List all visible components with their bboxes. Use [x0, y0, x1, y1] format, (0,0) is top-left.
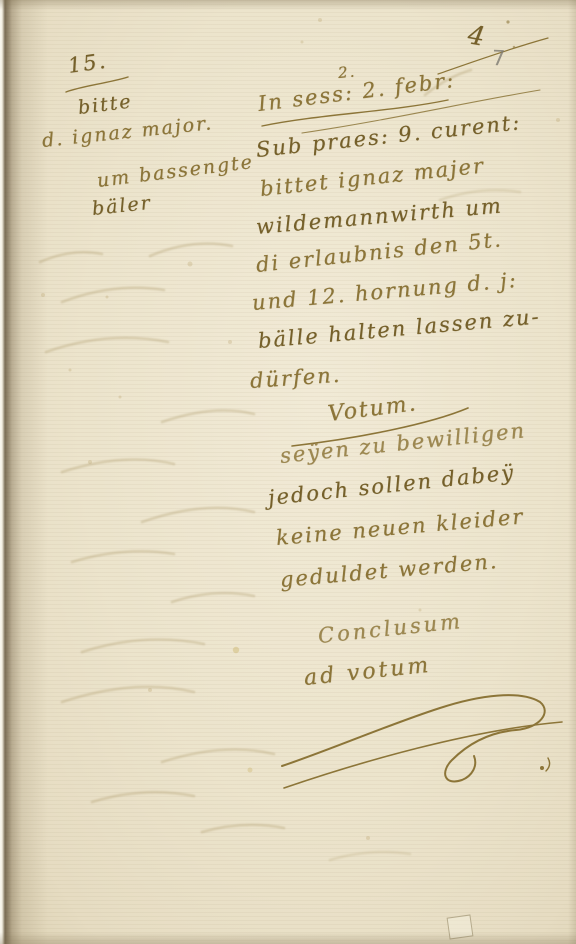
entry-body-line: bälle halten lassen zu- — [257, 304, 541, 353]
manuscript-page: 4 7 15. bitte d. ignaz major. um basseng… — [0, 0, 576, 944]
conclusum-heading: Conclusum — [317, 609, 464, 648]
margin-entry-number: 15. — [66, 49, 108, 78]
corner-pencil-page-number: 7 — [492, 46, 506, 70]
entry-body-line: bittet ignaz majer — [259, 153, 486, 200]
corner-ink-mark: 4 — [465, 20, 487, 52]
votum-line: geduldet werden. — [279, 549, 499, 592]
votum-line: keine neuen kleider — [275, 504, 525, 550]
votum-line: seÿen zu bewilligen — [279, 418, 527, 468]
signature-flourish — [282, 695, 562, 788]
votum-line: jedoch sollen dabeÿ — [267, 460, 516, 510]
margin-note-line: bitte — [77, 90, 134, 119]
votum-heading: Votum. — [326, 391, 418, 427]
binding-gutter-shadow — [0, 0, 48, 944]
conclusum-text: ad votum — [303, 653, 433, 691]
margin-note-line: bäler — [91, 192, 153, 220]
page-edge-bottom — [0, 932, 576, 944]
page-edge-right — [568, 0, 576, 944]
entry-body-line: dürfen. — [249, 363, 342, 393]
paper-crease — [447, 914, 474, 939]
page-edge-top — [0, 0, 576, 10]
entry-body-line: und 12. hornung d. j: — [251, 268, 519, 315]
margin-note-line: um bassengte — [96, 151, 255, 192]
margin-note-line: d. ignaz major. — [41, 112, 214, 152]
